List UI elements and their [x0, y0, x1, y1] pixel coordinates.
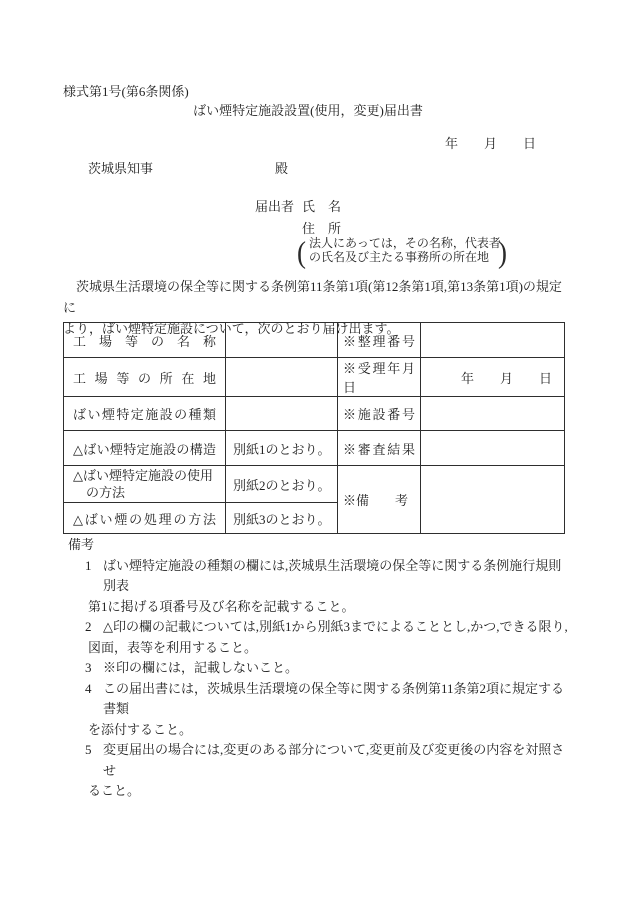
receipt-date-label: ※受理年月日	[338, 358, 421, 397]
addressee-row: 茨城県知事 殿	[0, 158, 630, 174]
corporation-note: 法人にあっては，その名称，代表者 の氏名及び主たる事務所の所在地	[309, 237, 501, 264]
factory-name-label: 工場等の名称	[64, 323, 226, 358]
factory-address-label: 工場等の所在地	[64, 358, 226, 397]
form-table: 工場等の名称 ※整理番号 工場等の所在地 ※受理年月日 年 月 日 ばい煙特定施…	[63, 322, 565, 534]
usage-method-label-line2: の方法	[73, 484, 219, 501]
addressee-honorific: 殿	[275, 158, 288, 177]
page-title: ばい煙特定施設設置(使用，変更)届出書	[0, 103, 616, 118]
notes-section: 備考 1 ばい煙特定施設の種類の欄には,茨城県生活環境の保全等に関する条例施行規…	[68, 535, 573, 802]
usage-method-label-line1: △ばい煙特定施設の使用	[73, 467, 219, 484]
table-row-factory-address: 工場等の所在地 ※受理年月日 年 月 日	[64, 358, 565, 397]
note-2-line1: △印の欄の記載については,別紙1から別紙3までによることとし,かつ,できる限り,	[103, 617, 573, 638]
applicant-address-label: 住 所	[302, 218, 341, 237]
soot-treatment-label: △ばい煙の処理の方法	[64, 503, 226, 534]
note-text: ばい煙特定施設の種類の欄には,茨城県生活環境の保全等に関する条例施行規則別表 第…	[103, 556, 573, 618]
note-text: △印の欄の記載については,別紙1から別紙3までによることとし,かつ,できる限り,…	[103, 617, 573, 658]
note-4-line1: この届出書には，茨城県生活環境の保全等に関する条例第11条第2項に規定する書類	[103, 679, 573, 720]
note-text: ※印の欄には，記載しないこと。	[103, 658, 573, 679]
note-text: この届出書には，茨城県生活環境の保全等に関する条例第11条第2項に規定する書類 …	[103, 679, 573, 741]
usage-method-label: △ばい煙特定施設の使用 の方法	[64, 466, 226, 503]
applicant-name-label: 氏 名	[302, 196, 341, 215]
facility-number-label: ※施設番号	[338, 397, 421, 431]
form-number: 様式第1号(第6条関係)	[63, 84, 189, 99]
facility-number-field	[421, 397, 565, 431]
note-item-4: 4 この届出書には，茨城県生活環境の保全等に関する条例第11条第2項に規定する書…	[85, 679, 573, 741]
facility-structure-value: 別紙1のとおり。	[226, 431, 338, 466]
remarks-field	[421, 466, 565, 534]
note-item-2: 2 △印の欄の記載については,別紙1から別紙3までによることとし,かつ,できる限…	[85, 617, 573, 658]
notes-heading: 備考	[68, 535, 573, 556]
corporation-note-line1: 法人にあっては，その名称，代表者	[309, 237, 501, 251]
note-item-5: 5 変更届出の場合には,変更のある部分について,変更前及び変更後の内容を対照させ…	[85, 740, 573, 802]
left-parenthesis: (	[297, 237, 306, 268]
factory-address-field	[226, 358, 338, 397]
submission-date-line: 年 月 日	[445, 136, 536, 151]
form-page: 様式第1号(第6条関係) ばい煙特定施設設置(使用，変更)届出書 年 月 日 茨…	[0, 0, 630, 915]
corporation-note-line2: の氏名及び主たる事務所の所在地	[309, 251, 501, 265]
remarks-label: ※備 考	[338, 466, 421, 534]
addressee-governor: 茨城県知事	[88, 158, 153, 177]
facility-type-label: ばい煙特定施設の種類	[64, 397, 226, 431]
note-5-line2: ること。	[88, 781, 573, 802]
factory-name-field	[226, 323, 338, 358]
note-4-line2: を添付すること。	[88, 720, 573, 741]
facility-structure-label: △ばい煙特定施設の構造	[64, 431, 226, 466]
note-1-line2: 第1に掲げる項番号及び名称を記載すること。	[88, 597, 573, 618]
note-2-line2: 図面，表等を利用すること。	[88, 638, 573, 659]
receipt-date-field: 年 月 日	[421, 358, 565, 397]
note-text: 変更届出の場合には,変更のある部分について,変更前及び変更後の内容を対照させ る…	[103, 740, 573, 802]
table-row-factory-name: 工場等の名称 ※整理番号	[64, 323, 565, 358]
applicant-label: 届出者	[255, 196, 294, 215]
facility-type-field	[226, 397, 338, 431]
reference-number-label: ※整理番号	[338, 323, 421, 358]
declaration-line1: 茨城県生活環境の保全等に関する条例第11条第1項(第12条第1項,第13条第1項…	[63, 276, 571, 318]
note-item-1: 1 ばい煙特定施設の種類の欄には,茨城県生活環境の保全等に関する条例施行規則別表…	[85, 556, 573, 618]
note-3-line1: ※印の欄には，記載しないこと。	[103, 658, 573, 679]
note-1-line1: ばい煙特定施設の種類の欄には,茨城県生活環境の保全等に関する条例施行規則別表	[103, 556, 573, 597]
examination-result-label: ※審査結果	[338, 431, 421, 466]
examination-result-field	[421, 431, 565, 466]
table-row-facility-type: ばい煙特定施設の種類 ※施設番号	[64, 397, 565, 431]
usage-method-value: 別紙2のとおり。	[226, 466, 338, 503]
note-number: 3	[85, 658, 103, 679]
note-5-line1: 変更届出の場合には,変更のある部分について,変更前及び変更後の内容を対照させ	[103, 740, 573, 781]
reference-number-field	[421, 323, 565, 358]
table-row-facility-structure: △ばい煙特定施設の構造 別紙1のとおり。 ※審査結果	[64, 431, 565, 466]
note-item-3: 3 ※印の欄には，記載しないこと。	[85, 658, 573, 679]
right-parenthesis: )	[498, 237, 507, 268]
soot-treatment-value: 別紙3のとおり。	[226, 503, 338, 534]
table-row-usage-method: △ばい煙特定施設の使用 の方法 別紙2のとおり。 ※備 考	[64, 466, 565, 503]
